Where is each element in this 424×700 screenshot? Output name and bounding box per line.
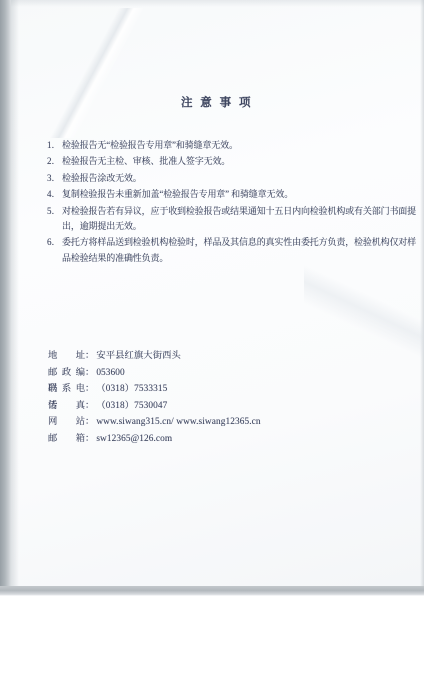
- contact-row-address: 地址：安平县红旗大街西头: [48, 348, 261, 365]
- paper-top-shading: [10, 0, 424, 7]
- contact-separator: ：: [85, 431, 94, 448]
- contact-label: 邮箱: [48, 431, 85, 448]
- notice-item-number: 1.: [47, 138, 62, 153]
- contact-separator: ：: [85, 398, 94, 415]
- contact-separator: ：: [85, 381, 94, 398]
- notice-item-text: 委托方将样品送到检验机构检验时，样品及其信息的真实性由委托方负责，检验机构仅对样…: [62, 235, 420, 266]
- contact-row-postcode: 邮政编码：053600: [48, 365, 261, 382]
- contact-value-website: www.siwang315.cn/ www.siwang12365.cn: [96, 414, 260, 431]
- notice-item: 3. 检验报告涂改无效。: [47, 171, 420, 186]
- notice-item: 2. 检验报告无主检、审核、批准人签字无效。: [47, 154, 420, 169]
- contact-label: 地址: [48, 348, 85, 365]
- contact-separator: ：: [85, 365, 94, 382]
- contact-row-email: 邮箱：sw12365@126.com: [48, 431, 261, 448]
- scanner-edge-fade: [11, 0, 19, 588]
- notice-item-text: 检验报告无“检验报告专用章”和骑缝章无效。: [62, 138, 420, 153]
- notice-item-text: 检验报告无主检、审核、批准人签字无效。: [62, 154, 420, 169]
- scanner-left-edge: [0, 0, 11, 588]
- contact-info-block: 地址：安平县红旗大街西头 邮政编码：053600 联系电话：（0318）7533…: [48, 348, 261, 448]
- scan-area: 注 意 事 项 1. 检验报告无“检验报告专用章”和骑缝章无效。 2. 检验报告…: [0, 0, 424, 597]
- contact-value-fax: （0318）7530047: [96, 398, 167, 415]
- contact-row-fax: 传真：（0318）7530047: [48, 398, 261, 415]
- notice-item-number: 6.: [47, 235, 62, 266]
- notice-item-number: 5.: [47, 204, 62, 235]
- paper-sheet: [10, 0, 424, 588]
- notice-item: 4. 复制检验报告未重新加盖“检验报告专用章” 和骑缝章无效。: [47, 187, 420, 202]
- contact-separator: ：: [85, 414, 94, 431]
- notice-item: 5. 对检验报告若有异议，应于收到检验报告或结果通知十五日内向检验机构或有关部门…: [47, 204, 420, 235]
- contact-value-phone: （0318）7533315: [96, 381, 167, 398]
- scanned-document-page: { "page": { "title": "注 意 事 项" }, "notes…: [0, 0, 424, 700]
- contact-separator: ：: [85, 348, 94, 365]
- contact-label: 网站: [48, 414, 85, 431]
- notice-item-number: 4.: [47, 187, 62, 202]
- notice-item: 1. 检验报告无“检验报告专用章”和骑缝章无效。: [47, 138, 420, 153]
- paper-right-edge-shading: [420, 0, 424, 588]
- notice-item: 6. 委托方将样品送到检验机构检验时，样品及其信息的真实性由委托方负责，检验机构…: [47, 235, 420, 266]
- notice-item-text: 对检验报告若有异议，应于收到检验报告或结果通知十五日内向检验机构或有关部门书面提…: [62, 204, 420, 235]
- contact-value-postcode: 053600: [96, 365, 125, 382]
- notice-item-number: 2.: [47, 154, 62, 169]
- contact-value-email: sw12365@126.com: [96, 431, 172, 448]
- notice-item-number: 3.: [47, 171, 62, 186]
- paper-bottom-shadow: [0, 586, 424, 596]
- contact-row-phone: 联系电话：（0318）7533315: [48, 381, 261, 398]
- contact-row-website: 网站：www.siwang315.cn/ www.siwang12365.cn: [48, 414, 261, 431]
- contact-value-address: 安平县红旗大街西头: [96, 348, 181, 365]
- page-title: 注 意 事 项: [10, 94, 424, 110]
- notice-list: 1. 检验报告无“检验报告专用章”和骑缝章无效。 2. 检验报告无主检、审核、批…: [47, 138, 420, 267]
- contact-label: 传真: [48, 398, 85, 415]
- notice-item-text: 检验报告涂改无效。: [62, 171, 420, 186]
- notice-item-text: 复制检验报告未重新加盖“检验报告专用章” 和骑缝章无效。: [62, 187, 420, 202]
